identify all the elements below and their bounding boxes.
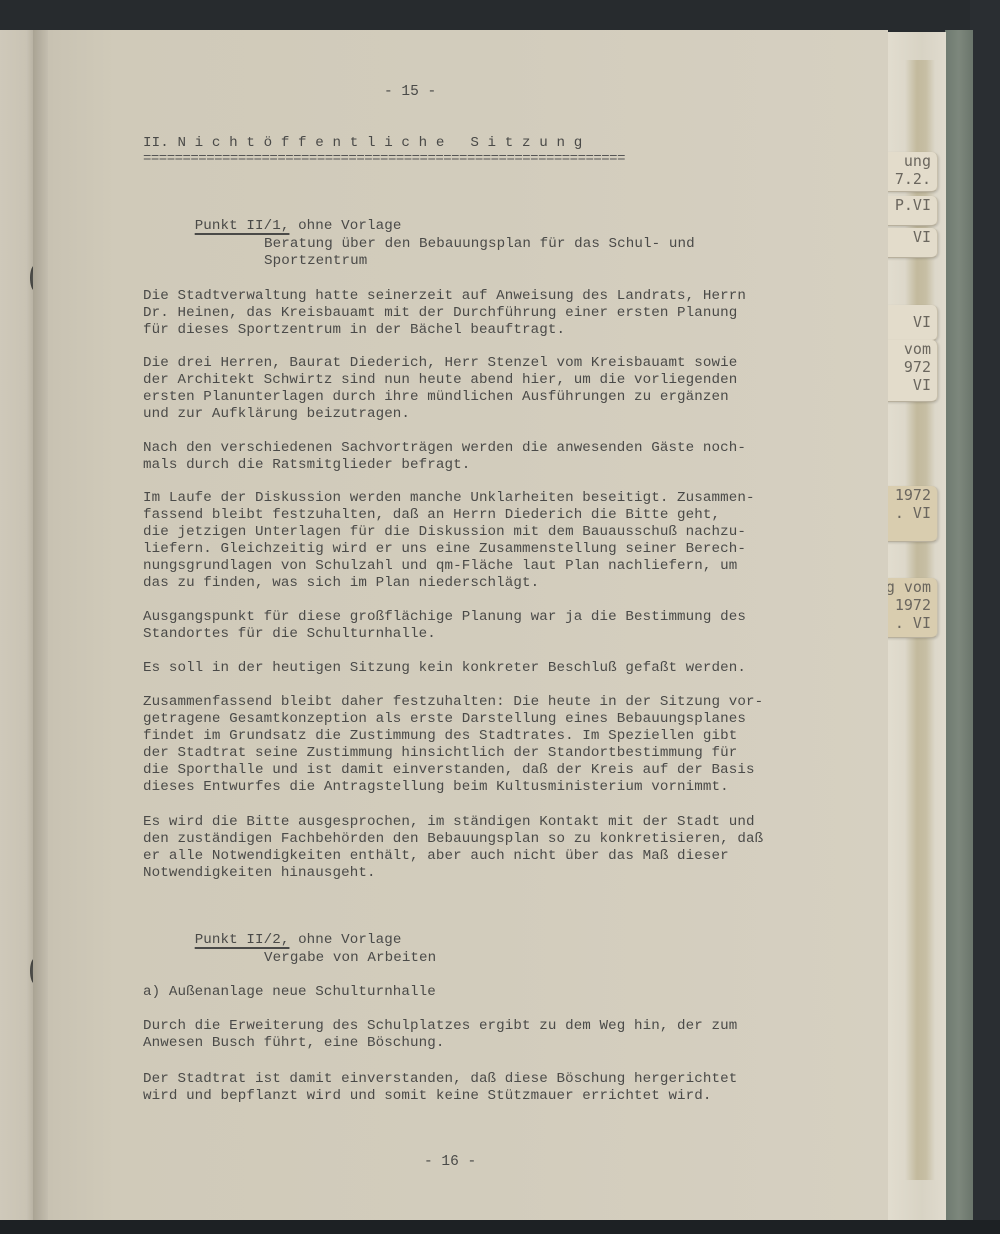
paragraph: Die Stadtverwaltung hatte seinerzeit auf…: [143, 288, 746, 339]
index-tab[interactable]: VI: [880, 228, 938, 258]
binder-top-edge: [0, 0, 1000, 32]
paragraph: Der Stadtrat ist damit einverstanden, da…: [143, 1071, 737, 1105]
paragraph: Die drei Herren, Baurat Diederich, Herr …: [143, 355, 737, 423]
page-number-top: - 15 -: [384, 84, 436, 100]
agenda-item-label: Punkt II/1,: [195, 218, 290, 234]
paragraph: Nach den verschiedenen Sachvorträgen wer…: [143, 440, 746, 474]
paragraph: Ausgangspunkt für diese großflächige Pla…: [143, 609, 746, 643]
agenda-item-suffix: ohne Vorlage: [289, 932, 401, 948]
paragraph: Im Laufe der Diskussion werden manche Un…: [143, 490, 755, 592]
index-tab[interactable]: ung 7.2.: [880, 152, 938, 192]
section-heading: II. N i c h t ö f f e n t l i c h e S i …: [143, 135, 582, 151]
paragraph: Es wird die Bitte ausgesprochen, im stän…: [143, 814, 763, 882]
binder-spine: [970, 0, 1000, 1234]
agenda-item-subject: Beratung über den Bebauungsplan für das …: [143, 236, 695, 270]
paragraph: Es soll in der heutigen Sitzung kein kon…: [143, 660, 746, 677]
agenda-item-label: Punkt II/2,: [195, 932, 290, 948]
agenda-subitem: a) Außenanlage neue Schulturnhalle: [143, 984, 436, 1001]
index-tab[interactable]: g vom 1972 . VI: [880, 578, 938, 638]
index-tab[interactable]: vom 972 VI: [880, 340, 938, 402]
section-heading-rule: ========================================…: [143, 154, 625, 164]
paragraph: Durch die Erweiterung des Schulplatzes e…: [143, 1018, 737, 1052]
page-number-bottom: - 16 -: [424, 1154, 476, 1170]
index-tab[interactable]: 1972 . VI: [880, 486, 938, 542]
index-tab[interactable]: P.VI: [880, 196, 938, 226]
previous-page-edge: [0, 30, 33, 1220]
paragraph: Zusammenfassend bleibt daher festzuhalte…: [143, 694, 763, 796]
binder-bottom-edge: [0, 1220, 1000, 1234]
binder-cover-board: [945, 30, 973, 1220]
agenda-item-suffix: ohne Vorlage: [289, 218, 401, 234]
scanned-document-scene: ung 7.2. P.VI VI VI vom 972 VI 1972 . VI…: [0, 0, 1000, 1234]
index-tab[interactable]: VI: [880, 305, 938, 341]
agenda-item-subject: Vergabe von Arbeiten: [143, 950, 436, 967]
